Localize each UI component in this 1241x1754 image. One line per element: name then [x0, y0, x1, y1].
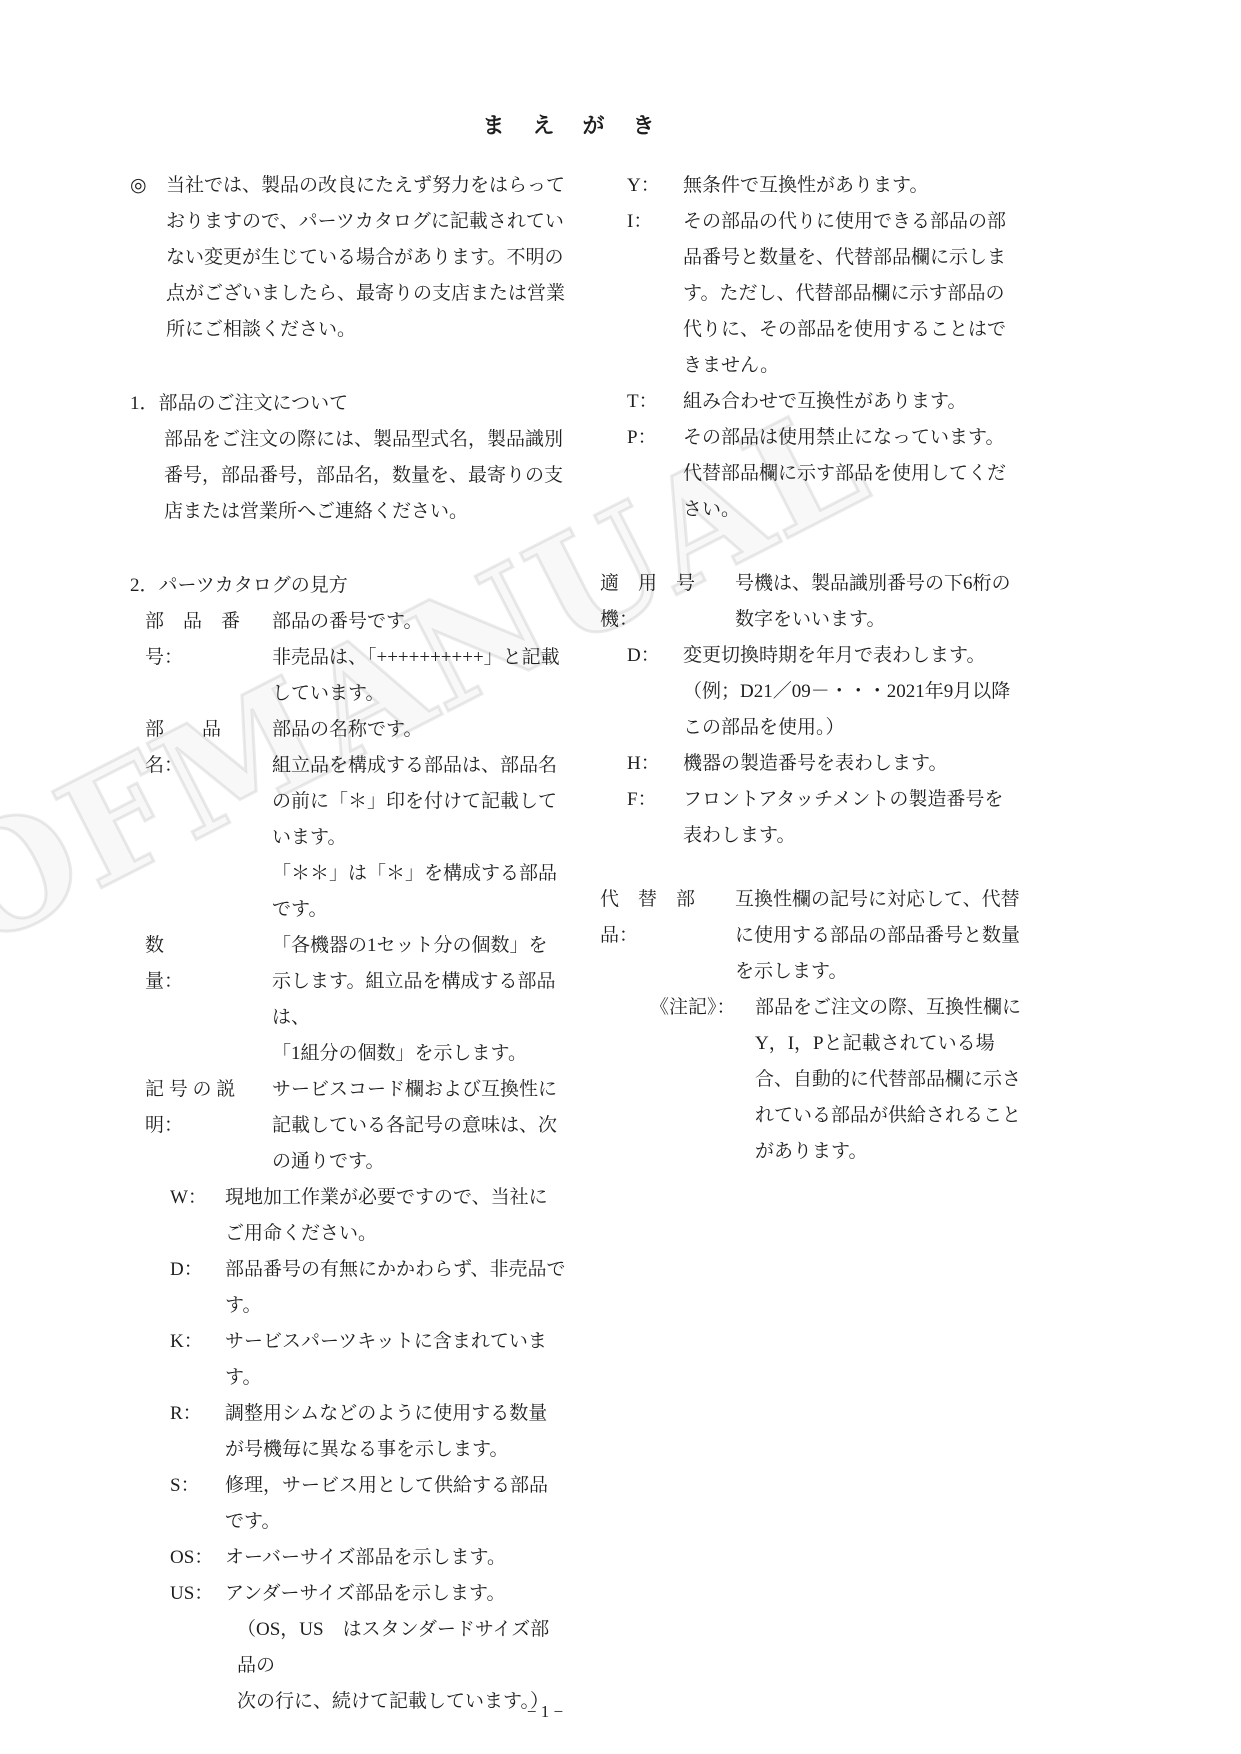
page-number: − 1 −	[0, 1694, 1090, 1730]
left-column: ◎ 当社では、製品の改良にたえず努力をはらっておりますので、パーツカタログに記載…	[130, 168, 566, 1720]
symbol-item-p: P： その部品は使用禁止になっています。代替部品欄に示す部品を使用してください。	[627, 420, 1022, 528]
symbol-label: W：	[170, 1180, 225, 1252]
remark-note: 《注記》： 部品をご注文の際、互換性欄に Y，I，Pと記載されている場合、自動的…	[650, 990, 1022, 1170]
definition-body: 号機は、製品識別番号の下6桁の数字をいいます。	[735, 566, 1022, 638]
definition-part-number: 部 品 番 号： 部品の番号です。 非売品は、「++++++++++」と記載して…	[145, 604, 566, 712]
symbol-label: D：	[170, 1252, 225, 1324]
symbol-body: その部品の代りに使用できる部品の部品番号と数量を、代替部品欄に示します。ただし、…	[683, 204, 1022, 384]
definition-label: 部 品 名：	[145, 712, 272, 928]
symbol-body: 現地加工作業が必要ですので、当社にご用命ください。	[225, 1180, 566, 1252]
remark-body: 部品をご注文の際、互換性欄に Y，I，Pと記載されている場合、自動的に代替部品欄…	[755, 990, 1022, 1170]
definition-body: サービスコード欄および互換性に記載している各記号の意味は、次の通りです。	[272, 1072, 566, 1180]
symbol-label: P：	[627, 420, 683, 528]
symbol-item-s: S： 修理，サービス用として供給する部品です。	[170, 1468, 566, 1540]
symbol-body: 変更切換時期を年月で表わします。 （例；D21／09－・・・2021年9月以降こ…	[683, 638, 1022, 746]
symbol-item-d-serial: D： 変更切換時期を年月で表わします。 （例；D21／09－・・・2021年9月…	[627, 638, 1022, 746]
definition-part-name: 部 品 名： 部品の名称です。 組立品を構成する部品は、部品名の前に「＊」印を付…	[145, 712, 566, 928]
symbol-item-y: Y： 無条件で互換性があります。	[627, 168, 1022, 204]
section2-title: 2．パーツカタログの見方	[130, 568, 566, 604]
symbol-label: I：	[627, 204, 683, 384]
intro-paragraph: ◎ 当社では、製品の改良にたえず努力をはらっておりますので、パーツカタログに記載…	[130, 168, 566, 348]
definition-label: 記 号 の 説 明：	[145, 1072, 272, 1180]
definition-label: 部 品 番 号：	[145, 604, 272, 712]
definition-label: 数 量：	[145, 928, 272, 1072]
symbol-item-t: T： 組み合わせで互換性があります。	[627, 384, 1022, 420]
symbol-body: サービスパーツキットに含まれています。	[225, 1324, 566, 1396]
symbol-body: 部品番号の有無にかかわらず、非売品です。	[225, 1252, 566, 1324]
symbol-label: S：	[170, 1468, 225, 1540]
symbol-label: T：	[627, 384, 683, 420]
symbol-label: Y：	[627, 168, 683, 204]
symbol-body: 機器の製造番号を表わします。	[683, 746, 1022, 782]
section1-title: 1．部品のご注文について	[130, 386, 566, 422]
intro-text: 当社では、製品の改良にたえず努力をはらっておりますので、パーツカタログに記載され…	[166, 168, 566, 348]
symbol-body: オーバーサイズ部品を示します。	[225, 1540, 566, 1576]
symbol-item-os: OS： オーバーサイズ部品を示します。	[170, 1540, 566, 1576]
symbol-item-k: K： サービスパーツキットに含まれています。	[170, 1324, 566, 1396]
section-catalog-guide: 2．パーツカタログの見方 部 品 番 号： 部品の番号です。 非売品は、「+++…	[130, 568, 566, 1720]
symbol-item-f-serial: F： フロントアタッチメントの製造番号を表わします。	[627, 782, 1022, 854]
symbol-label: H：	[627, 746, 683, 782]
definition-body: 互換性欄の記号に対応して、代替に使用する部品の部品番号と数量を示します。	[735, 882, 1022, 990]
definition-body: 「各機器の1セット分の個数」を示します。組立品を構成する部品は、 「1組分の個数…	[272, 928, 566, 1072]
symbol-body: 組み合わせで互換性があります。	[683, 384, 1022, 420]
document-page: OFMANUAL ま え が き ◎ 当社では、製品の改良にたえず努力をはらって…	[0, 0, 1241, 1754]
symbol-body: 無条件で互換性があります。	[683, 168, 1022, 204]
symbol-item-r: R： 調整用シムなどのように使用する数量が号機毎に異なる事を示します。	[170, 1396, 566, 1468]
symbol-label: D：	[627, 638, 683, 746]
definition-body: 部品の名称です。 組立品を構成する部品は、部品名の前に「＊」印を付けて記載してい…	[272, 712, 566, 928]
definition-body: 部品の番号です。 非売品は、「++++++++++」と記載しています。	[272, 604, 566, 712]
page-title: ま え が き	[0, 0, 1140, 144]
symbol-label: F：	[627, 782, 683, 854]
symbol-item-w: W： 現地加工作業が必要ですので、当社にご用命ください。	[170, 1180, 566, 1252]
definition-substitute-parts: 代 替 部 品： 互換性欄の記号に対応して、代替に使用する部品の部品番号と数量を…	[600, 882, 1022, 990]
symbol-label: US：	[170, 1576, 225, 1612]
definition-label: 適 用 号 機：	[600, 566, 735, 638]
section-parts-order: 1．部品のご注文について 部品をご注文の際には、製品型式名，製品識別番号，部品番…	[130, 386, 566, 530]
intro-bullet: ◎	[130, 168, 166, 348]
definition-label: 代 替 部 品：	[600, 882, 735, 990]
symbol-body: 調整用シムなどのように使用する数量が号機毎に異なる事を示します。	[225, 1396, 566, 1468]
symbol-body: 修理，サービス用として供給する部品です。	[225, 1468, 566, 1540]
definition-applicable-serial: 適 用 号 機： 号機は、製品識別番号の下6桁の数字をいいます。	[600, 566, 1022, 638]
remark-label: 《注記》：	[650, 990, 755, 1170]
definition-quantity: 数 量： 「各機器の1セット分の個数」を示します。組立品を構成する部品は、 「1…	[145, 928, 566, 1072]
symbol-body: その部品は使用禁止になっています。代替部品欄に示す部品を使用してください。	[683, 420, 1022, 528]
symbol-body: アンダーサイズ部品を示します。	[225, 1576, 566, 1612]
definition-symbol-legend: 記 号 の 説 明： サービスコード欄および互換性に記載している各記号の意味は、…	[145, 1072, 566, 1180]
symbol-item-h-serial: H： 機器の製造番号を表わします。	[627, 746, 1022, 782]
symbol-item-i: I： その部品の代りに使用できる部品の部品番号と数量を、代替部品欄に示します。た…	[627, 204, 1022, 384]
section1-body: 部品をご注文の際には、製品型式名，製品識別番号，部品番号，部品名，数量を、最寄り…	[164, 422, 566, 530]
symbol-label: OS：	[170, 1540, 225, 1576]
symbol-body: フロントアタッチメントの製造番号を表わします。	[683, 782, 1022, 854]
symbol-label: R：	[170, 1396, 225, 1468]
symbol-label: K：	[170, 1324, 225, 1396]
right-column: Y： 無条件で互換性があります。 I： その部品の代りに使用できる部品の部品番号…	[600, 168, 1022, 1720]
symbol-item-d: D： 部品番号の有無にかかわらず、非売品です。	[170, 1252, 566, 1324]
content-columns: ◎ 当社では、製品の改良にたえず努力をはらっておりますので、パーツカタログに記載…	[0, 168, 1241, 1720]
symbol-item-us: US： アンダーサイズ部品を示します。	[170, 1576, 566, 1612]
